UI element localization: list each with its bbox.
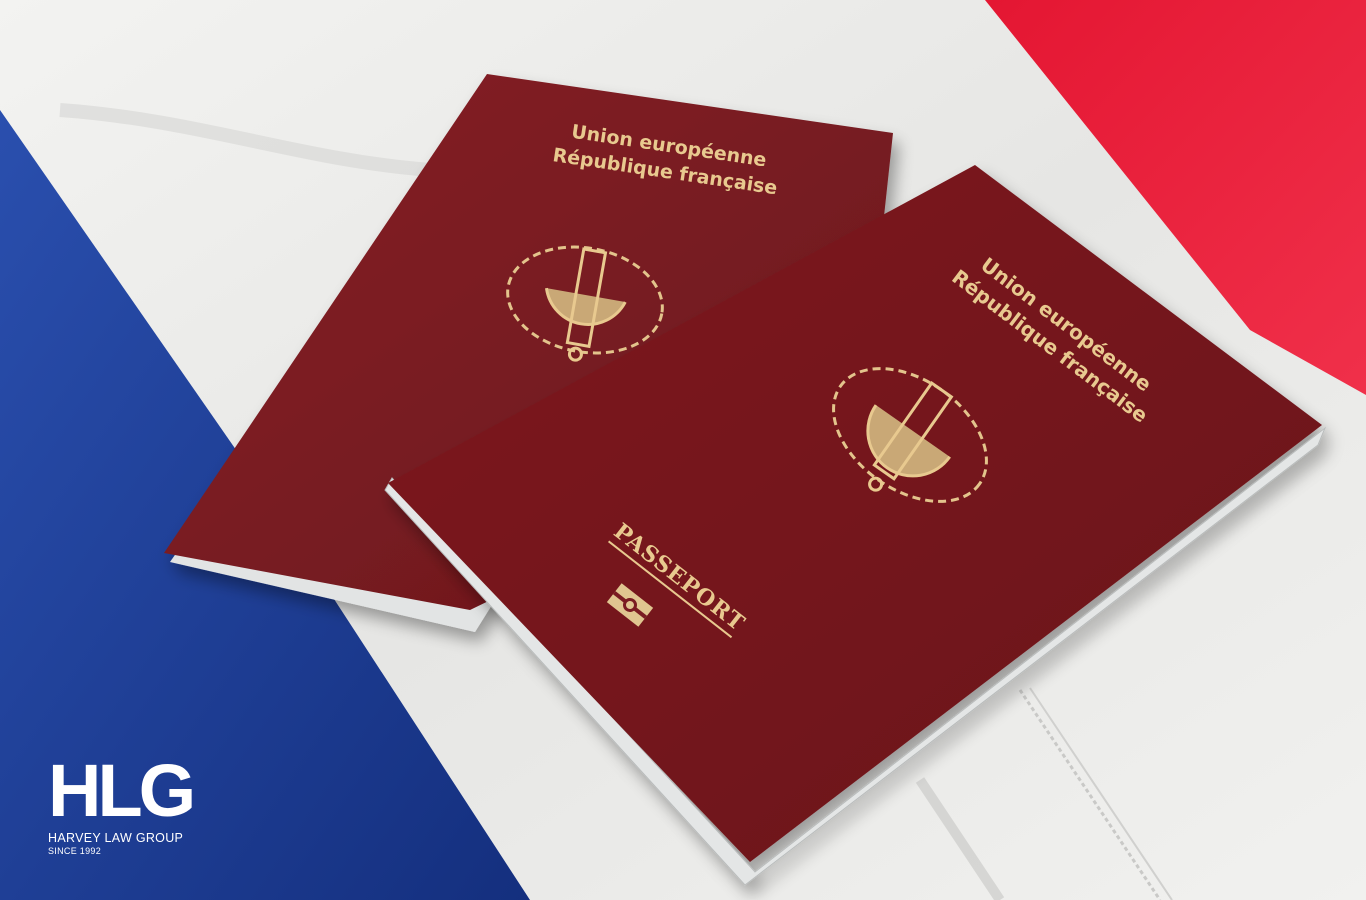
harvey-law-group-logo: HLG HARVEY LAW GROUP SINCE 1992 (48, 755, 208, 856)
logo-mark: HLG (48, 755, 208, 827)
logo-name: HARVEY LAW GROUP (48, 831, 208, 845)
logo-since: SINCE 1992 (48, 846, 208, 856)
